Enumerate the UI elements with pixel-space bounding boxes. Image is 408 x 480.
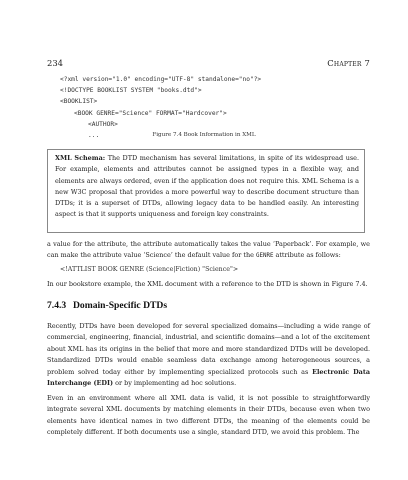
figure-caption: Figure 7.4 Book Information in XML [0,132,408,138]
paragraph-figure-reference: In our bookstore example, the XML docume… [47,279,370,290]
code-line: <BOOK GENRE="Science" FORMAT="Hardcover"… [60,108,261,119]
section-heading: 7.4.3Domain-Specific DTDs [47,300,167,311]
section-number: 7.4.3 [47,300,73,311]
sidebar-term: XML Schema: [55,154,105,162]
paragraph-text: attribute as follows: [273,251,340,259]
inline-code: GENRE [256,253,273,259]
chapter-title: Chapter 7 [327,58,370,68]
sidebar-text: XML Schema: The DTD mechanism has severa… [55,153,359,221]
page-header: 234 Chapter 7 [47,58,370,70]
code-line: <AUTHOR> [60,119,261,130]
paragraph-text: or by implementing ad hoc solutions. [113,379,236,387]
attlist-code: <!ATTLIST BOOK GENRE (Science|Fiction) "… [60,266,238,273]
page-number: 234 [47,58,63,68]
code-line: <BOOKLIST> [60,96,261,107]
section-title: Domain-Specific DTDs [73,300,167,311]
paragraph-domain-dtds: Recently, DTDs have been developed for s… [47,321,370,389]
paragraph-default-attribute: a value for the attribute, the attribute… [47,239,370,263]
paragraph-integration: Even in an environment where all XML dat… [47,393,370,439]
document-page: 234 Chapter 7 <?xml version="1.0" encodi… [0,0,408,480]
code-line: <?xml version="1.0" encoding="UTF-8" sta… [60,74,261,85]
sidebar-body: The DTD mechanism has several limitation… [55,154,359,218]
sidebar-box: XML Schema: The DTD mechanism has severa… [47,149,365,233]
code-line: <!DOCTYPE BOOKLIST SYSTEM "books.dtd"> [60,85,261,96]
